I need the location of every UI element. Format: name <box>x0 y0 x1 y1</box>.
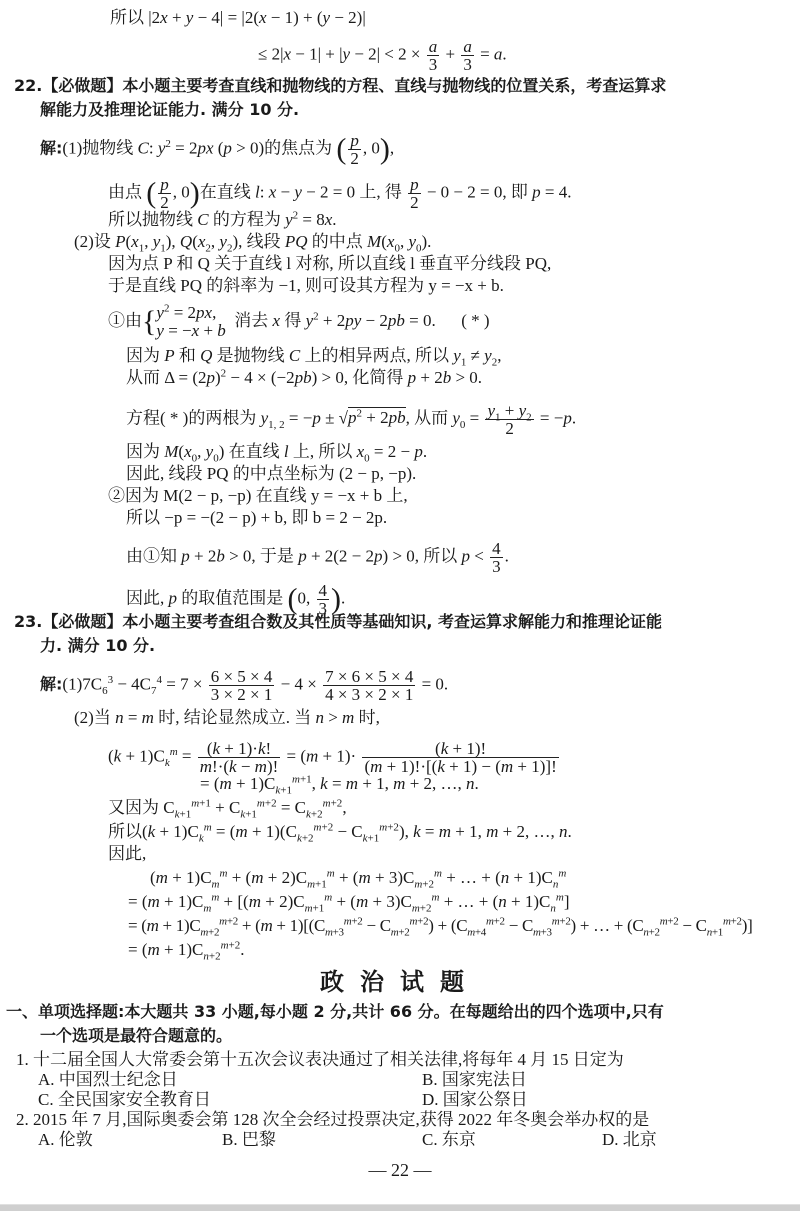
section-header: 一、单项选择题:本大题共 33 小题,每小题 2 分,共计 66 分。在每题给出… <box>6 1002 664 1022</box>
question-2-option-a[interactable]: A. 伦敦 <box>38 1130 93 1150</box>
q22-part1-line3: 所以抛物线 C 的方程为 y2 = 8x. <box>108 210 337 230</box>
q23-header: 23.【必做题】本小题主要考查组合数及其性质等基础知识, 考查运算求解能力和推理… <box>14 612 662 632</box>
question-1-stem: 1. 十二届全国人大常委会第十五次会议表决通过了相关法律,将每年 4 月 15 … <box>16 1050 624 1070</box>
section-header-2: 一个选项是最符合题意的。 <box>40 1026 232 1046</box>
q22-part2-line9: 因此, 线段 PQ 的中点坐标为 (2 − p, −p). <box>126 464 416 484</box>
q23-part1: 解:(1)7C63 − 4C74 = 7 × 6 × 5 × 43 × 2 × … <box>40 668 448 703</box>
q23-header-2: 力. 满分 10 分. <box>40 636 155 656</box>
q23-part2-line7: (m + 1)Cmm + (m + 2)Cm+1m + (m + 3)Cm+2m… <box>150 868 566 888</box>
q22-part2-line11: 所以 −p = −(2 − p) + b, 即 b = 2 − 2p. <box>126 508 387 528</box>
q22-part2-line1: (2)设 P(x1, y1), Q(x2, y2), 线段 PQ 的中点 M(x… <box>74 232 431 252</box>
q22-part2-line3: 于是直线 PQ 的斜率为 −1, 则可设其方程为 y = −x + b. <box>108 276 504 296</box>
q23-part2-line8: = (m + 1)Cmm + [(m + 2)Cm+1m + (m + 3)Cm… <box>128 892 570 912</box>
question-2-stem: 2. 2015 年 7 月,国际奥委会第 128 次全会经过投票决定,获得 20… <box>16 1110 649 1130</box>
prev-tail-line-1: 所以 |2x + y − 4| = |2(x − 1) + (y − 2)| <box>110 8 366 28</box>
question-1-option-d[interactable]: D. 国家公祭日 <box>422 1090 528 1110</box>
question-2-option-b[interactable]: B. 巴黎 <box>222 1130 276 1150</box>
q23-part2-line10: = (m + 1)Cn+2m+2. <box>128 940 245 960</box>
politics-title: 政治试题 <box>0 962 800 997</box>
page-bottom-divider <box>0 1204 800 1211</box>
question-2-option-c[interactable]: C. 东京 <box>422 1130 476 1150</box>
question-2-option-d[interactable]: D. 北京 <box>602 1130 657 1150</box>
q22-part2-line5: 因为 P 和 Q 是抛物线 C 上的相异两点, 所以 y1 ≠ y2, <box>126 346 501 366</box>
q23-part2-line2: (k + 1)Ckm = (k + 1)·k!m!·(k − m)! = (m … <box>108 740 561 775</box>
q22-part2-line7: 方程( * )的两根为 y1, 2 = −p ± √p2 + 2pb, 从而 y… <box>126 402 576 437</box>
q23-part2-line5: 所以(k + 1)Ckm = (m + 1)(Ck+2m+2 − Ck+1m+2… <box>108 822 572 842</box>
q22-part1-line2: 由点 (p2, 0)在直线 l: x − y − 2 = 0 上, 得 p2 −… <box>108 176 571 211</box>
q22-header: 22.【必做题】本小题主要考查直线和抛物线的方程、直线与抛物线的位置关系，考查运… <box>14 76 666 96</box>
q22-part2-line4: ①由{y2 = 2px,y = −x + b 消去 x 得 y2 + 2py −… <box>108 304 490 340</box>
q22-part2-line8: 因为 M(x0, y0) 在直线 l 上, 所以 x0 = 2 − p. <box>126 442 427 462</box>
page-number: — 22 — <box>0 1160 800 1181</box>
question-1-option-c[interactable]: C. 全民国家安全教育日 <box>38 1090 211 1110</box>
q22-part2-line6: 从而 Δ = (2p)2 − 4 × (−2pb) > 0, 化简得 p + 2… <box>126 368 482 388</box>
q22-part2-line12: 由①知 p + 2b > 0, 于是 p + 2(2 − 2p) > 0, 所以… <box>126 540 509 575</box>
q22-part2-line2: 因为点 P 和 Q 关于直线 l 对称, 所以直线 l 垂直平分线段 PQ, <box>108 254 551 274</box>
question-1-option-a[interactable]: A. 中国烈士纪念日 <box>38 1070 178 1090</box>
q23-part2-line6: 因此, <box>108 844 146 864</box>
q23-part2-line4: 又因为 Ck+1m+1 + Ck+1m+2 = Ck+2m+2, <box>108 798 347 818</box>
q22-part1-line1: 解:(1)抛物线 C: y2 = 2px (p > 0)的焦点为 (p2, 0)… <box>40 132 394 167</box>
q23-part2-line1: (2)当 n = m 时, 结论显然成立. 当 n > m 时, <box>74 708 380 728</box>
q22-part2-line10: ②因为 M(2 − p, −p) 在直线 y = −x + b 上, <box>108 486 408 506</box>
q23-part2-line3: = (m + 1)Ck+1m+1, k = m + 1, m + 2, …, n… <box>200 774 479 794</box>
q23-part2-line9: = (m + 1)Cm+2m+2 + (m + 1)[(Cm+3m+2 − Cm… <box>128 916 753 936</box>
question-1-option-b[interactable]: B. 国家宪法日 <box>422 1070 527 1090</box>
prev-tail-line-2: ≤ 2|x − 1| + |y − 2| < 2 × a3 + a3 = a. <box>258 38 507 73</box>
q22-header-2: 解能力及推理论证能力. 满分 10 分. <box>40 100 299 120</box>
